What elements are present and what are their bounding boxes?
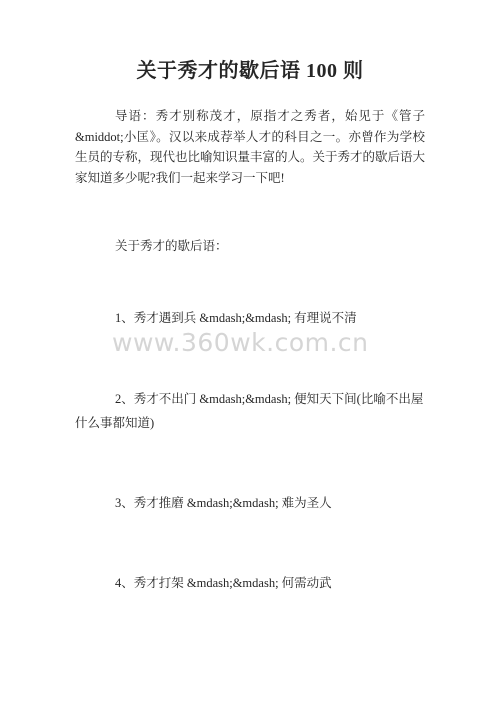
intro-paragraph: 导语：秀才别称茂才，原指才之秀者，始见于《管子&middot;小匡》。汉以来成荐…: [75, 106, 425, 188]
saying-item-3: 3、秀才推磨 &mdash;&mdash; 难为圣人: [75, 491, 425, 515]
document-page: 关于秀才的歇后语 100 则 导语：秀才别称茂才，原指才之秀者，始见于《管子&m…: [0, 0, 500, 708]
watermark-text: www.360wk.com.cn: [112, 329, 369, 357]
page-title: 关于秀才的歇后语 100 则: [0, 57, 500, 85]
saying-item-1: 1、秀才遇到兵 &mdash;&mdash; 有理说不清: [75, 306, 425, 330]
saying-item-4: 4、秀才打架 &mdash;&mdash; 何需动武: [75, 571, 425, 595]
section-label: 关于秀才的歇后语：: [75, 236, 425, 257]
saying-item-2: 2、秀才不出门 &mdash;&mdash; 便知天下间(比喻不出屋什么事都知道…: [75, 387, 425, 435]
